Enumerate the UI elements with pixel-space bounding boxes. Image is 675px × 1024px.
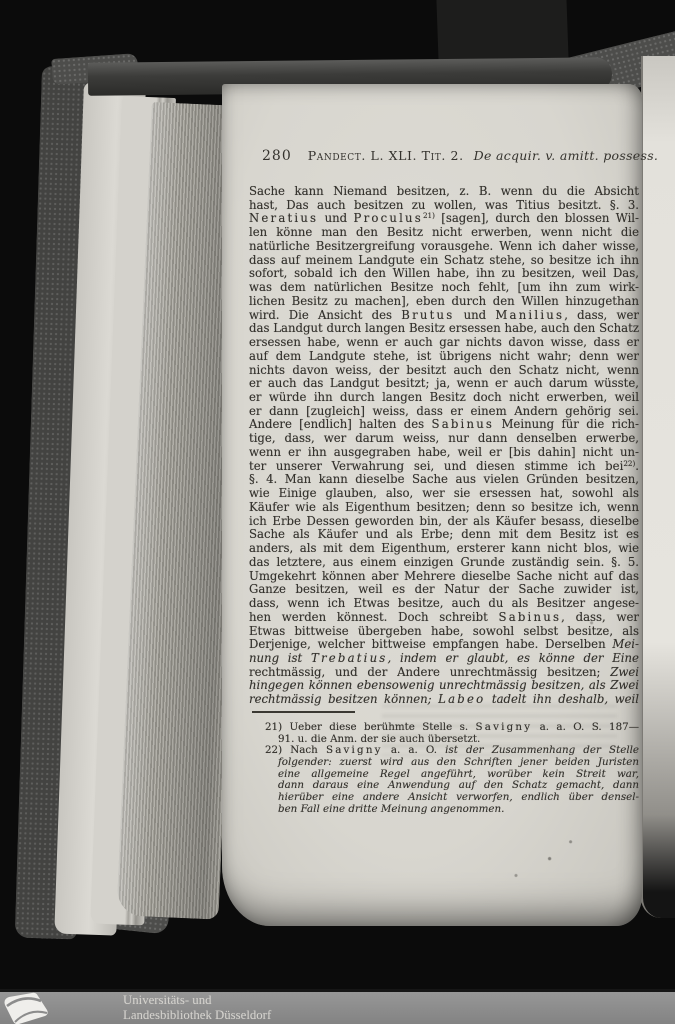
text-line: Andere [endlich] halten des Sabinus Mein… <box>249 418 639 432</box>
text-line: lichen Besitz zu machen], eben durch den… <box>249 295 639 309</box>
text-line: wie Einige glauben, also, wer sie ersess… <box>249 487 639 501</box>
text-line: das letztere, aus einem einzigen Grunde … <box>249 556 639 570</box>
library-name-line1: Universitäts- und <box>123 993 271 1008</box>
text-line: natürliche Besitzergreifung vorausgehe. … <box>249 240 639 254</box>
text-line: das Landgut durch langen Besitz ersessen… <box>249 322 639 336</box>
text-line: ter unserer Verwahrung sei, und diesen s… <box>249 460 639 474</box>
text-line: hen werden könnest. Doch schreibt Sabinu… <box>249 611 639 625</box>
text-line: rechtmässig, und der Andere unrechtmässi… <box>249 666 639 680</box>
text-line: ben Fall eine dritte Meinung angenommen. <box>265 804 639 816</box>
footnote-separator <box>252 711 355 713</box>
text-line: er würde ihn durch langen Besitz doch ni… <box>249 391 639 405</box>
page-content: 280Pandect. L. XLI. Tit. 2.De acquir. v.… <box>222 84 642 926</box>
book-photo: 280Pandect. L. XLI. Tit. 2.De acquir. v.… <box>0 0 675 1024</box>
text-line: anders, als mit dem Eigenthum, ersterer … <box>249 542 639 556</box>
text-line: dass, wenn ich Etwas besitze, auch du al… <box>249 597 639 611</box>
library-watermark-banner: Universitäts- und Landesbibliothek Düsse… <box>0 989 675 1024</box>
text-line: nichts davon weiss, der besitzt auch den… <box>249 364 639 378</box>
text-line: sofort, sobald ich den Willen habe, ihn … <box>249 267 639 281</box>
text-line: er dann [zugleich] weiss, dass er einem … <box>249 405 639 419</box>
library-logo-icon <box>2 991 56 1024</box>
library-name-line2: Landesbibliothek Düsseldorf <box>123 1008 271 1023</box>
text-line: ich Erbe Dessen geworden bin, der als Kä… <box>249 515 639 529</box>
text-line: §. 4. Man kann dieselbe Sache aus vielen… <box>249 473 639 487</box>
text-line: Ganze besitzen, weil es der Natur der Sa… <box>249 583 639 597</box>
page-number: 280 <box>262 148 292 164</box>
text-line: hingegen können ebensowenig unrechtmässi… <box>249 679 639 693</box>
text-line: Käufer wie als Eigenthum besitzen; denn … <box>249 501 639 515</box>
text-line: wenn er ihn ausgegraben habe, weil er [b… <box>249 446 639 460</box>
text-line: Neratius und Proculus21) [sagen], durch … <box>249 212 639 226</box>
text-line: Sache als Käufer und als Erbe; denn mit … <box>249 528 639 542</box>
library-name: Universitäts- und Landesbibliothek Düsse… <box>123 993 271 1023</box>
text-line: auf dem Landgute stehe, ist übrigens nic… <box>249 350 639 364</box>
text-line: hast, Das auch besitzen zu wollen, was T… <box>249 199 639 213</box>
text-line: Umgekehrt können aber Mehrere dieselbe S… <box>249 570 639 584</box>
text-line: ersessen habe, wenn er auch gar nichts d… <box>249 336 639 350</box>
header-title-latin: De acquir. v. amitt. possess. <box>474 148 659 163</box>
text-line: len könne man den Besitz nicht erwerben,… <box>249 226 639 240</box>
text-line: tige, dass, wer darum weiss, nur dann de… <box>249 432 639 446</box>
text-line: 21) Ueber diese berühmte Stelle s. Savig… <box>265 722 639 734</box>
text-line: Etwas bittweise übergeben habe, sowohl s… <box>249 625 639 639</box>
text-line: er auch das Landgut besitzt; ja, wenn er… <box>249 377 639 391</box>
facing-page-sliver <box>641 56 675 918</box>
header-title: Pandect. L. XLI. Tit. 2. <box>308 148 464 163</box>
text-line: nung ist Trebatius, indem er glaubt, es … <box>249 652 639 666</box>
text-line: Derjenige, welcher bittweise empfangen h… <box>249 638 639 652</box>
text-line: dass auf meinem Landgute ein Schatz steh… <box>249 254 639 268</box>
text-line: Sache kann Niemand besitzen, z. B. wenn … <box>249 185 639 199</box>
book-page: 280Pandect. L. XLI. Tit. 2.De acquir. v.… <box>222 84 642 926</box>
text-line: was dem natürlichen Besitze noch fehlt, … <box>249 281 639 295</box>
footnotes: 21) Ueber diese berühmte Stelle s. Savig… <box>265 722 639 816</box>
page-body-text: Sache kann Niemand besitzen, z. B. wenn … <box>249 185 639 707</box>
page-header: 280Pandect. L. XLI. Tit. 2.De acquir. v.… <box>262 148 622 164</box>
text-line: wird. Die Ansicht des Brutus und Maniliu… <box>249 309 639 323</box>
